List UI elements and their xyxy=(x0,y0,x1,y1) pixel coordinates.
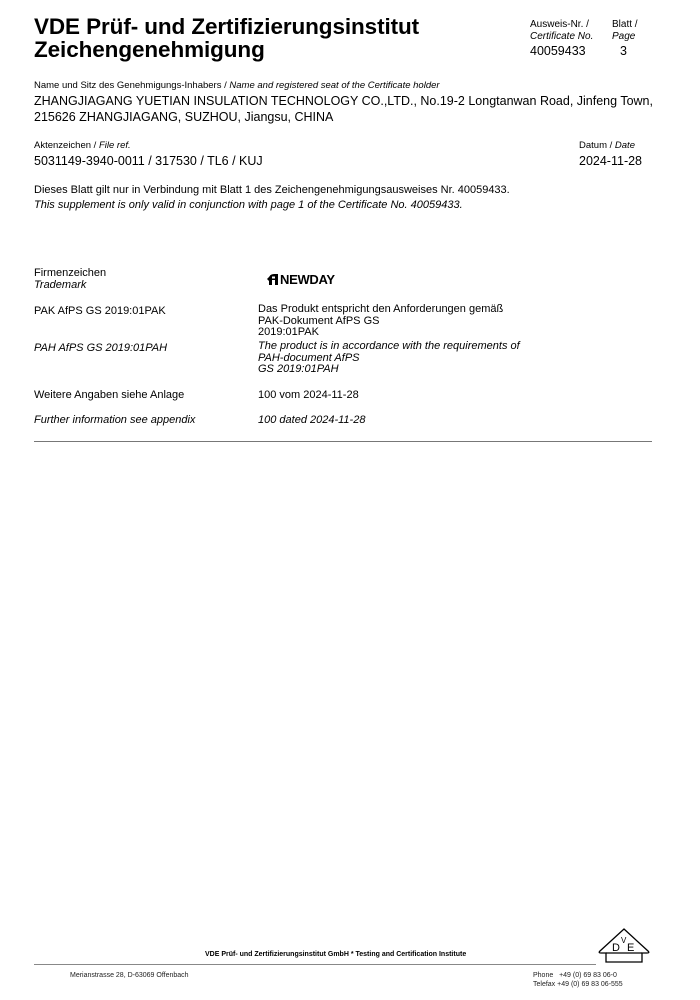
certificate-holder: Name und Sitz des Genehmigungs-Inhabers … xyxy=(34,80,653,125)
file-ref-value: 5031149-3940-0011 / 317530 / TL6 / KUJ xyxy=(34,153,263,169)
certificate-label-en: Certificate No. xyxy=(530,31,593,43)
page-label-en: Page xyxy=(612,31,638,43)
pah-statement: The product is in accordance with the re… xyxy=(258,341,520,376)
certificate-label-de: Ausweis-Nr. / xyxy=(530,19,593,31)
pah-statement-line-1: The product is in accordance with the re… xyxy=(258,341,520,353)
further-info-value-en: 100 dated 2024-11-28 xyxy=(258,413,365,427)
vde-mark-d: D xyxy=(612,942,620,954)
newday-logo-icon xyxy=(267,273,279,286)
holder-label-de: Name und Sitz des Genehmigungs-Inhabers … xyxy=(34,80,227,91)
holder-label: Name und Sitz des Genehmigungs-Inhabers … xyxy=(34,80,653,92)
page-number-block: Blatt / Page 3 xyxy=(612,19,638,59)
holder-address-line-1: ZHANGJIAGANG YUETIAN INSULATION TECHNOLO… xyxy=(34,93,653,109)
pah-statement-line-3: GS 2019:01PAH xyxy=(258,364,520,376)
title-line-1: VDE Prüf- und Zertifizierungsinstitut xyxy=(34,15,419,38)
footer-divider xyxy=(34,964,596,965)
pak-statement-line-1: Das Produkt entspricht den Anforderungen… xyxy=(258,304,503,316)
trademark-label-de: Firmenzeichen xyxy=(34,267,106,279)
vde-mark: D V E xyxy=(596,926,652,971)
footer-telefax: Telefax +49 (0) 69 83 06-555 xyxy=(533,980,623,989)
page-label-de: Blatt / xyxy=(612,19,638,31)
vde-mark-e: E xyxy=(627,942,634,954)
vde-mark-icon: D V E xyxy=(596,926,652,966)
validity-note-de: Dieses Blatt gilt nur in Verbindung mit … xyxy=(34,183,510,197)
file-ref-label-de: Aktenzeichen / xyxy=(34,140,96,151)
date-label: Datum / Date xyxy=(579,140,642,152)
date-value: 2024-11-28 xyxy=(579,153,642,169)
file-ref-label: Aktenzeichen / File ref. xyxy=(34,140,263,152)
pak-label: PAK AfPS GS 2019:01PAK xyxy=(34,304,166,318)
document-title: VDE Prüf- und Zertifizierungsinstitut Ze… xyxy=(34,15,419,61)
file-ref-label-en: File ref. xyxy=(99,140,131,151)
title-line-2: Zeichengenehmigung xyxy=(34,38,419,61)
further-info-label-de: Weitere Angaben siehe Anlage xyxy=(34,388,184,402)
validity-note-en: This supplement is only valid in conjunc… xyxy=(34,198,510,212)
footer-address: Merianstrasse 28, D-63069 Offenbach xyxy=(70,971,189,980)
footer-phone: Phone +49 (0) 69 83 06-0 xyxy=(533,971,623,980)
date-label-en: Date xyxy=(615,140,635,151)
footer-contact: Phone +49 (0) 69 83 06-0 Telefax +49 (0)… xyxy=(533,971,623,989)
section-divider xyxy=(34,441,652,442)
page-number: 3 xyxy=(612,44,638,59)
pak-statement: Das Produkt entspricht den Anforderungen… xyxy=(258,304,503,339)
pah-label: PAH AfPS GS 2019:01PAH xyxy=(34,341,167,355)
trademark-logo-text: NEWDAY xyxy=(280,272,335,287)
trademark-label-en: Trademark xyxy=(34,279,106,291)
validity-note: Dieses Blatt gilt nur in Verbindung mit … xyxy=(34,183,510,212)
trademark-label: Firmenzeichen Trademark xyxy=(34,267,106,291)
further-info-value-de: 100 vom 2024-11-28 xyxy=(258,388,359,402)
trademark-logo: NEWDAY xyxy=(267,272,335,287)
footer-institute: VDE Prüf- und Zertifizierungsinstitut Gm… xyxy=(205,950,466,959)
date-block: Datum / Date 2024-11-28 xyxy=(579,140,642,169)
holder-address-line-2: 215626 ZHANGJIAGANG, SUZHOU, Jiangsu, CH… xyxy=(34,109,653,125)
further-info-label-en: Further information see appendix xyxy=(34,413,195,427)
date-label-de: Datum / xyxy=(579,140,612,151)
certificate-number: 40059433 xyxy=(530,44,593,59)
certificate-number-block: Ausweis-Nr. / Certificate No. 40059433 xyxy=(530,19,593,59)
holder-label-en: Name and registered seat of the Certific… xyxy=(229,80,439,91)
pak-statement-line-3: 2019:01PAK xyxy=(258,327,503,339)
file-reference: Aktenzeichen / File ref. 5031149-3940-00… xyxy=(34,140,263,169)
